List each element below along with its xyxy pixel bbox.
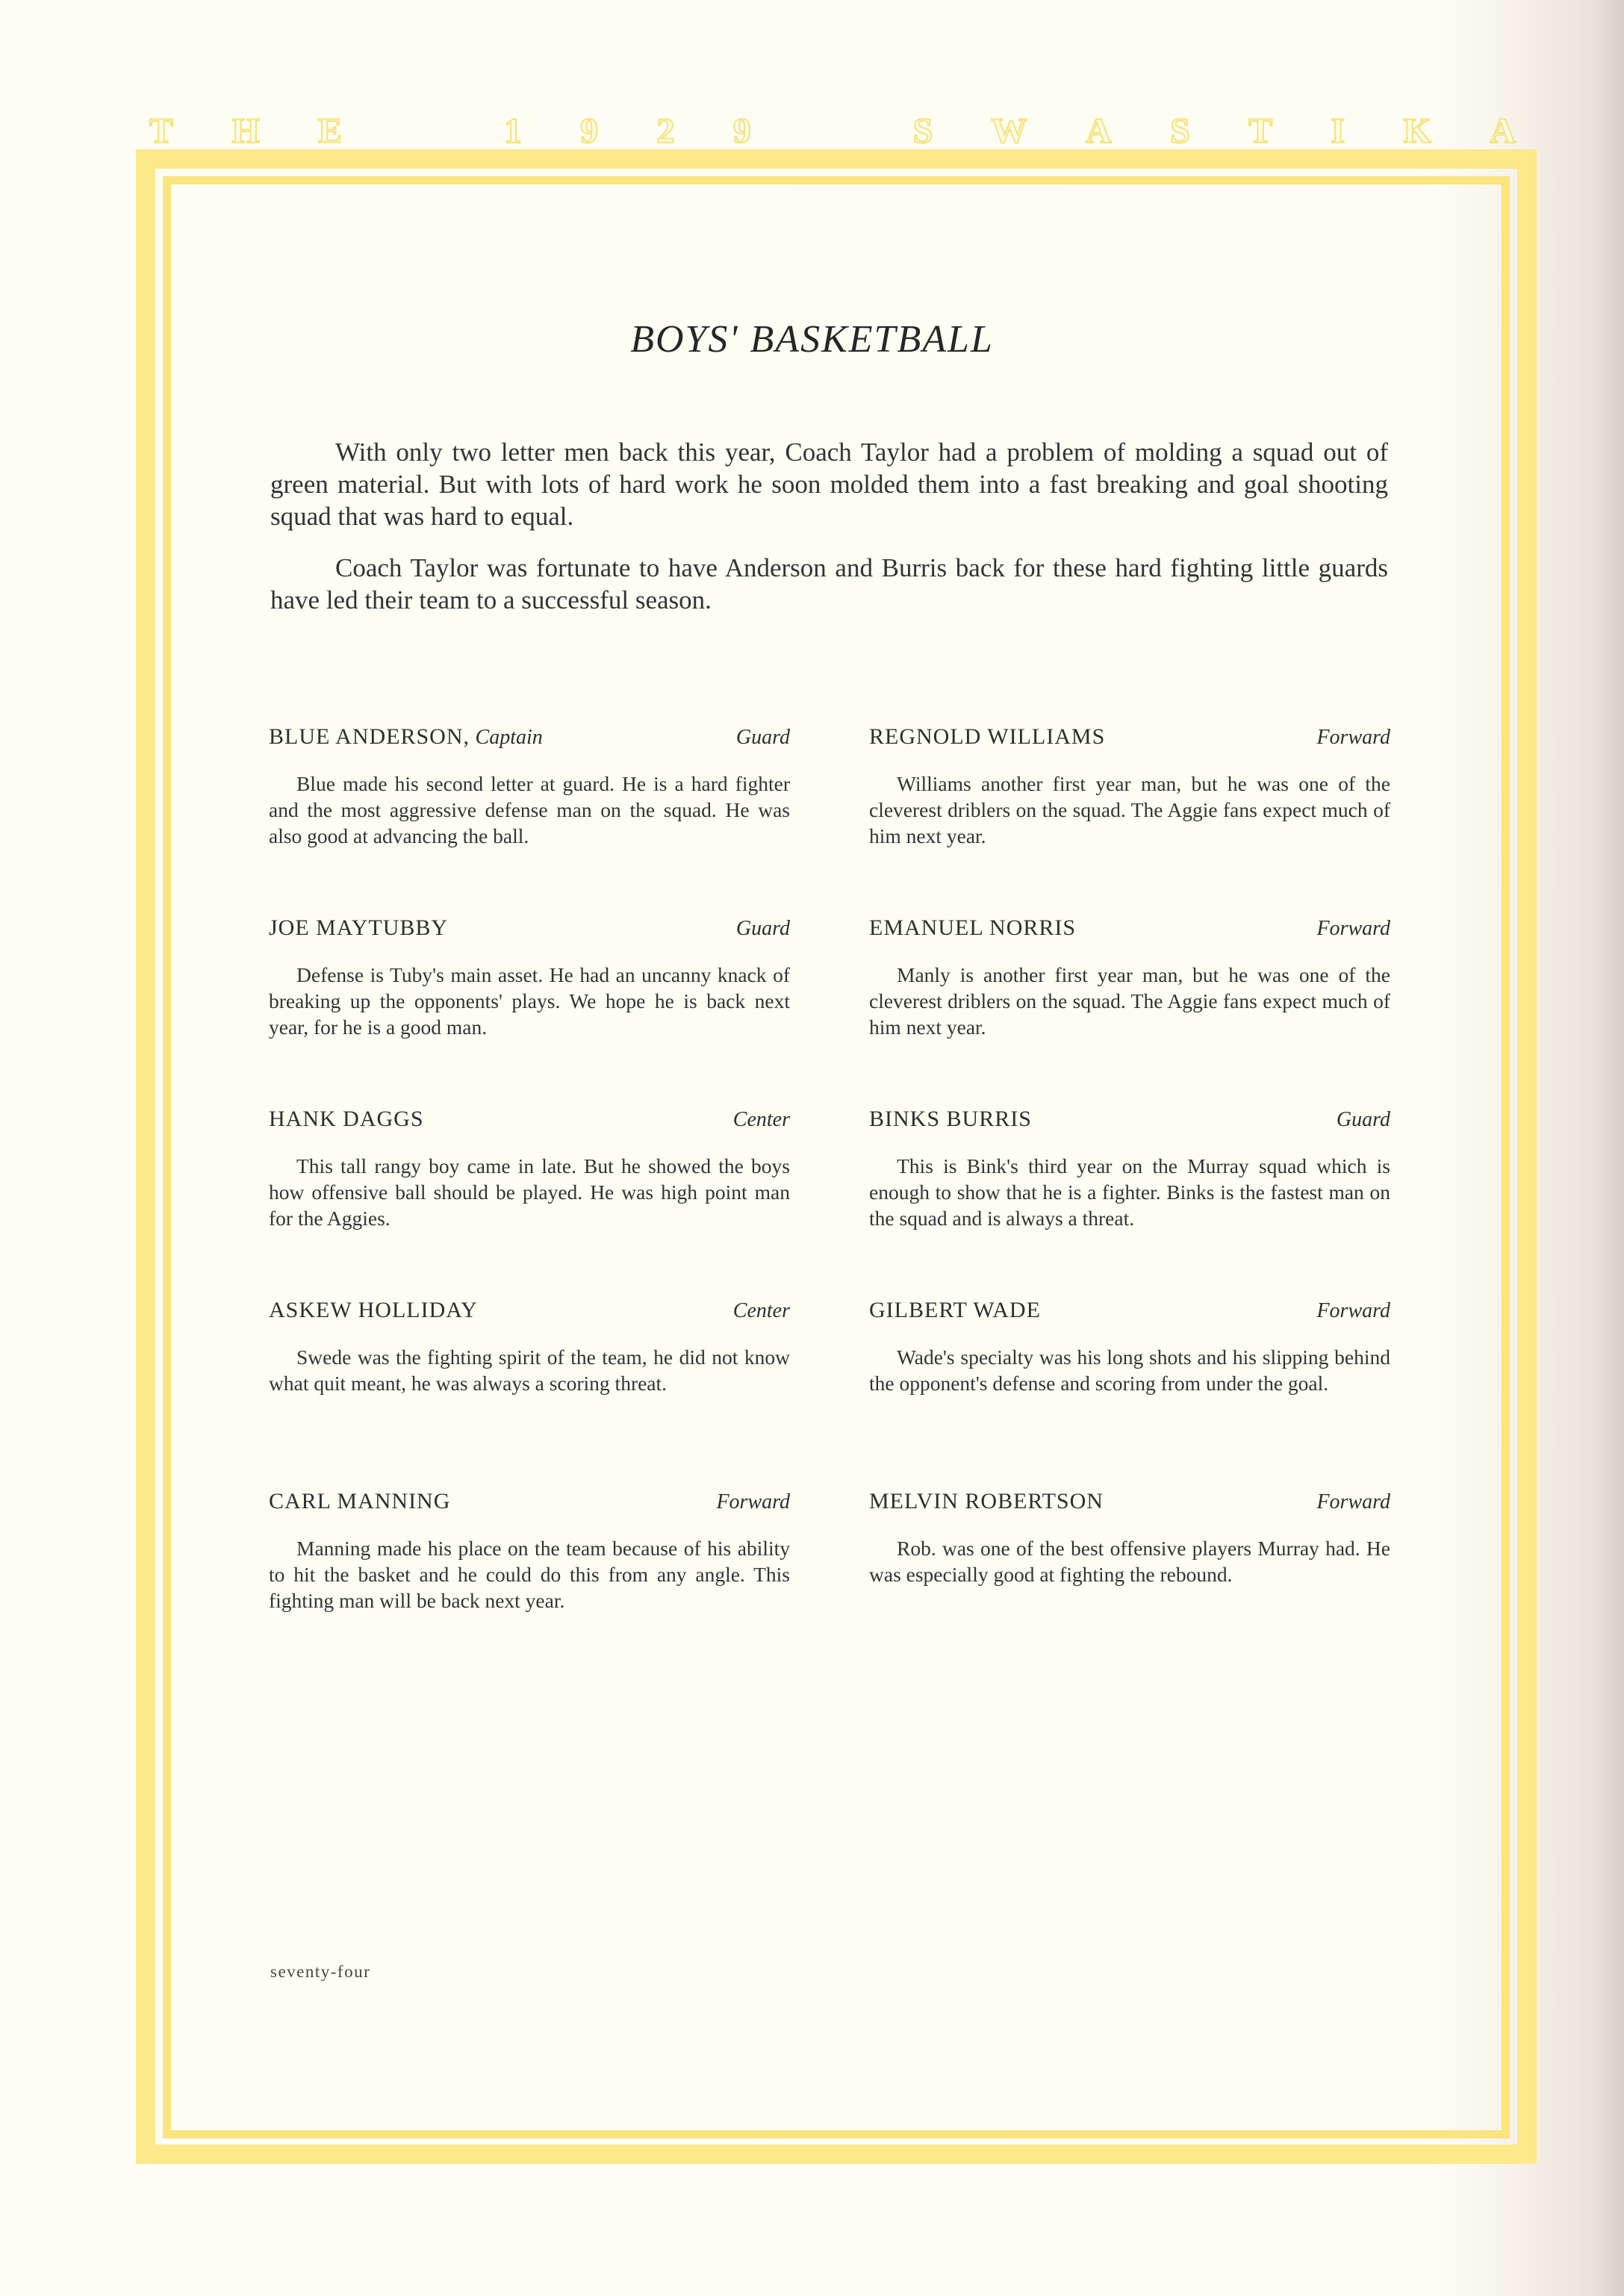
page-number: seventy-four	[270, 1962, 370, 1982]
header-letter: A	[1490, 113, 1516, 149]
player-name: BINKS BURRIS	[869, 1107, 1032, 1132]
player-entry: BLUE ANDERSON, Captain Guard Blue made h…	[269, 724, 790, 915]
player-name: ASKEW HOLLIDAY	[269, 1298, 478, 1323]
player-name: EMANUEL NORRIS	[869, 915, 1076, 941]
player-entry: GILBERT WADE Forward Wade's specialty wa…	[869, 1298, 1390, 1489]
header-letter: T	[1248, 113, 1272, 149]
header-letter: T	[149, 113, 173, 149]
header-letter: 9	[580, 113, 598, 149]
player-bio: Swede was the fighting spirit of the tea…	[269, 1344, 790, 1396]
player-name: MELVIN ROBERTSON	[869, 1489, 1104, 1514]
header-letter: I	[1331, 113, 1345, 149]
header-letter: 1	[504, 113, 522, 149]
player-entry: REGNOLD WILLIAMS Forward Williams anothe…	[869, 724, 1390, 915]
player-entry: HANK DAGGS Center This tall rangy boy ca…	[269, 1107, 790, 1298]
player-bio: This is Bink's third year on the Murray …	[869, 1153, 1390, 1231]
header-letter: 9	[733, 113, 751, 149]
player-name: BLUE ANDERSON,	[269, 724, 470, 749]
yearbook-header: THE1929SWASTIKA	[149, 111, 1516, 152]
header-letter: A	[1086, 113, 1112, 149]
player-entry: CARL MANNING Forward Manning made his pl…	[269, 1489, 790, 1680]
player-bio: Manly is another first year man, but he …	[869, 962, 1390, 1040]
intro-paragraph: With only two letter men back this year,…	[270, 436, 1388, 532]
player-position: Guard	[736, 917, 790, 941]
player-bio: Williams another first year man, but he …	[869, 771, 1390, 849]
player-position: Forward	[1316, 1299, 1390, 1323]
player-name: JOE MAYTUBBY	[269, 915, 448, 941]
player-entry: EMANUEL NORRIS Forward Manly is another …	[869, 915, 1390, 1107]
player-position: Forward	[1316, 917, 1390, 941]
player-name: REGNOLD WILLIAMS	[869, 724, 1105, 750]
header-letter: S	[1170, 113, 1190, 149]
player-bio: This tall rangy boy came in late. But he…	[269, 1153, 790, 1231]
header-letter: K	[1404, 113, 1431, 149]
player-column-left: BLUE ANDERSON, Captain Guard Blue made h…	[269, 724, 790, 1680]
player-position: Forward	[1316, 726, 1390, 750]
player-title: Captain	[476, 726, 543, 749]
player-bio: Rob. was one of the best offensive playe…	[869, 1535, 1390, 1587]
player-bio: Defense is Tuby's main asset. He had an …	[269, 962, 790, 1040]
header-letter: H	[231, 113, 259, 149]
header-letter: S	[913, 113, 933, 149]
page-title: BOYS' BASKETBALL	[0, 317, 1624, 361]
header-letter: E	[318, 113, 342, 149]
player-name: HANK DAGGS	[269, 1107, 424, 1132]
player-position: Guard	[1337, 1108, 1390, 1132]
player-position: Center	[733, 1299, 790, 1323]
player-bio: Manning made his place on the team becau…	[269, 1535, 790, 1614]
player-entry: BINKS BURRIS Guard This is Bink's third …	[869, 1107, 1390, 1298]
intro-text: With only two letter men back this year,…	[270, 436, 1388, 635]
player-entry: ASKEW HOLLIDAY Center Swede was the figh…	[269, 1298, 790, 1489]
player-name: CARL MANNING	[269, 1489, 450, 1514]
player-column-right: REGNOLD WILLIAMS Forward Williams anothe…	[869, 724, 1390, 1680]
player-bio: Wade's specialty was his long shots and …	[869, 1344, 1390, 1396]
player-position: Center	[733, 1108, 790, 1132]
intro-paragraph: Coach Taylor was fortunate to have Ander…	[270, 552, 1388, 616]
player-entry: MELVIN ROBERTSON Forward Rob. was one of…	[869, 1489, 1390, 1680]
player-position: Guard	[736, 726, 790, 750]
player-position: Forward	[716, 1490, 790, 1514]
player-bio: Blue made his second letter at guard. He…	[269, 771, 790, 849]
player-name: GILBERT WADE	[869, 1298, 1041, 1323]
header-letter: W	[992, 113, 1027, 149]
player-position: Forward	[1316, 1490, 1390, 1514]
header-letter: 2	[657, 113, 675, 149]
player-entry: JOE MAYTUBBY Guard Defense is Tuby's mai…	[269, 915, 790, 1107]
